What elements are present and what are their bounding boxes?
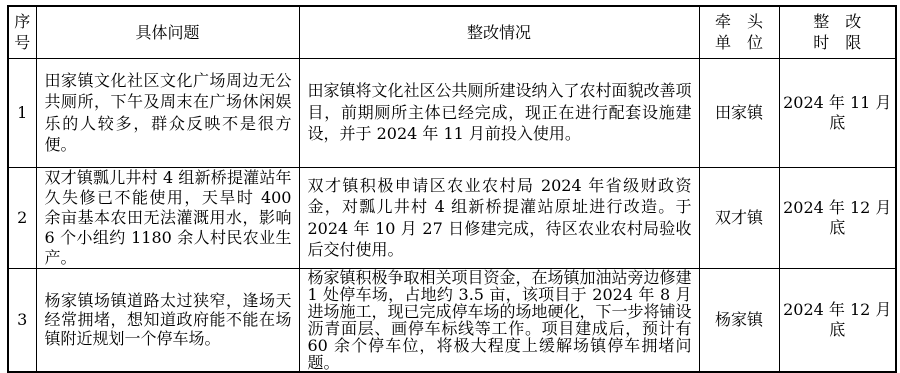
table-row-3: 3 杨家镇场镇道路太过狭窄，逢场天经常拥堵，想知道政府能不能在场镇附近规划一个停…: [8, 268, 896, 372]
header-serial-number: 序 号: [8, 6, 36, 58]
lead-unit-cell: 田家镇: [699, 58, 779, 167]
header-rectification-status: 整改情况: [299, 6, 699, 58]
document-page: 序 号 具体问题 整改情况 牵 头 单 位 整 改 时 限 1 田家镇文化社区文…: [0, 0, 900, 354]
table-header-row: 序 号 具体问题 整改情况 牵 头 单 位 整 改 时 限: [8, 6, 896, 58]
deadline-cell: 2024 年 11 月底: [779, 58, 896, 167]
header-specific-problem: 具体问题: [36, 6, 299, 58]
rectification-cell: 田家镇将文化社区公共厕所建设纳入了农村面貌改善项目，前期厕所主体已经完成，现正在…: [299, 58, 699, 167]
problem-cell: 杨家镇场镇道路太过狭窄，逢场天经常拥堵，想知道政府能不能在场镇附近规划一个停车场…: [36, 268, 299, 372]
deadline-cell: 2024 年 12 月底: [779, 167, 896, 268]
serial-number-cell: 1: [8, 58, 36, 167]
header-deadline: 整 改 时 限: [779, 6, 896, 58]
problem-cell: 双才镇瓢儿井村 4 组新桥提灌站年久失修已不能使用，天旱时 400 余亩基本农田…: [36, 167, 299, 268]
serial-number-cell: 2: [8, 167, 36, 268]
lead-unit-cell: 杨家镇: [699, 268, 779, 372]
table-row-2: 2 双才镇瓢儿井村 4 组新桥提灌站年久失修已不能使用，天旱时 400 余亩基本…: [8, 167, 896, 268]
table-row-1: 1 田家镇文化社区文化广场周边无公共厕所，下午及周末在广场休闲娱乐的人较多，群众…: [8, 58, 896, 167]
rectification-table: 序 号 具体问题 整改情况 牵 头 单 位 整 改 时 限 1 田家镇文化社区文…: [7, 5, 897, 373]
rectification-cell: 双才镇积极申请区农业农村局 2024 年省级财政资金，对瓢儿井村 4 组新桥提灌…: [299, 167, 699, 268]
serial-number-cell: 3: [8, 268, 36, 372]
problem-cell: 田家镇文化社区文化广场周边无公共厕所，下午及周末在广场休闲娱乐的人较多，群众反映…: [36, 58, 299, 167]
rectification-cell: 杨家镇积极争取相关项目资金，在场镇加油站旁边修建 1 处停车场，占地约 3.5 …: [299, 268, 699, 372]
deadline-cell: 2024 年 12 月底: [779, 268, 896, 372]
header-lead-unit: 牵 头 单 位: [699, 6, 779, 58]
lead-unit-cell: 双才镇: [699, 167, 779, 268]
